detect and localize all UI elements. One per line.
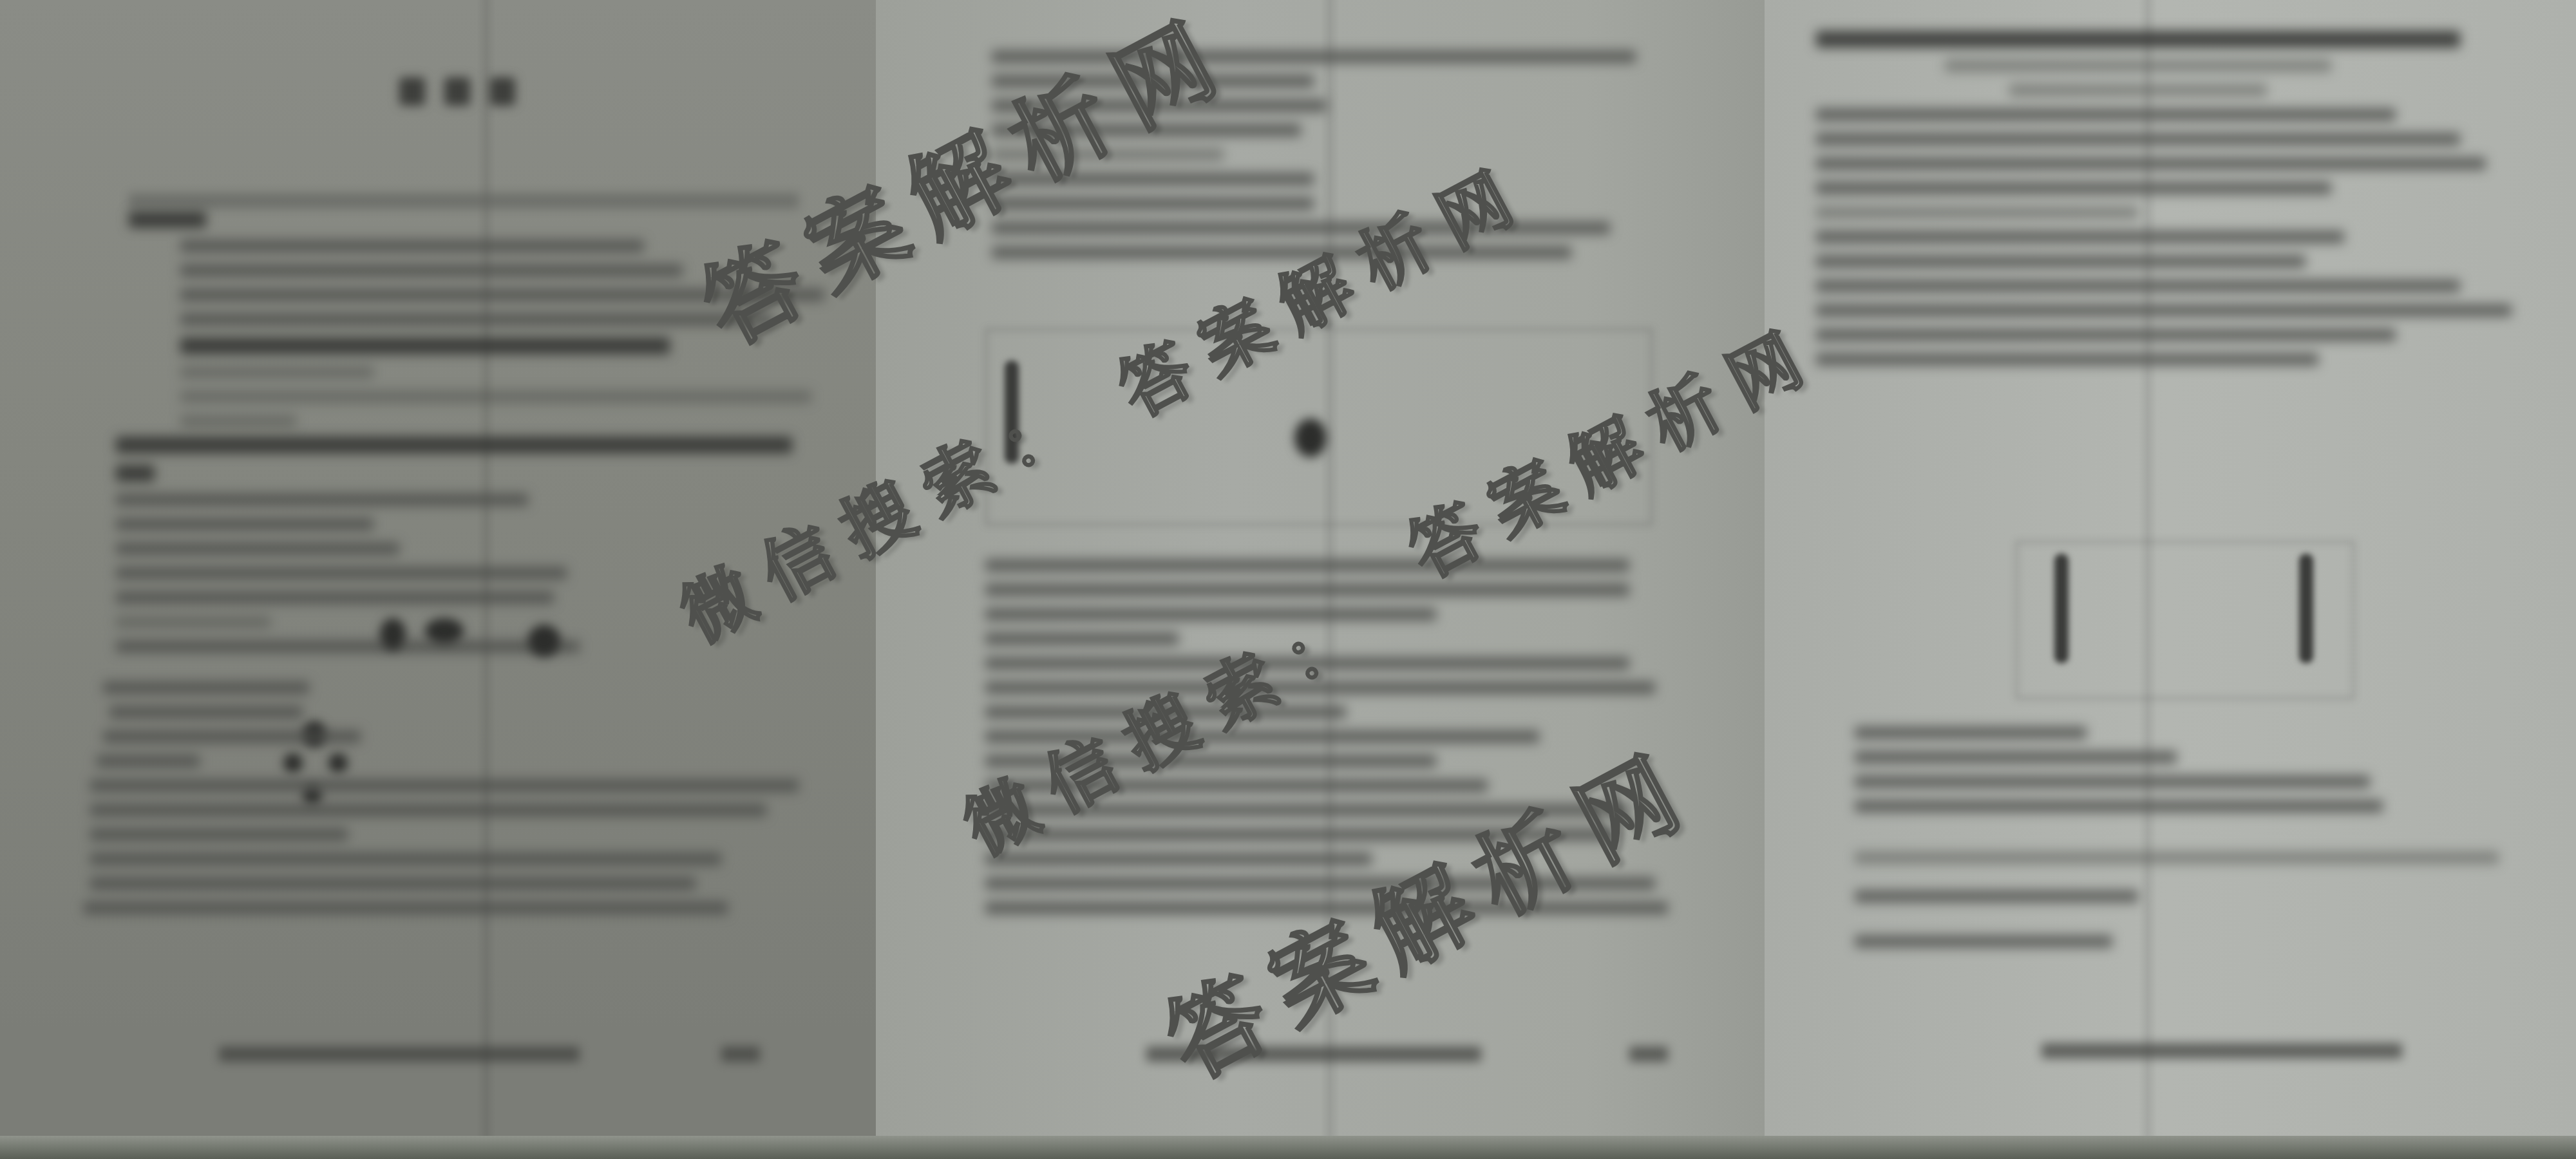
- molecule-diagram: [380, 618, 406, 650]
- table-edge: [0, 1136, 2576, 1159]
- options-block-left: [64, 670, 805, 926]
- electrode-left: [2054, 554, 2069, 663]
- electrode-right: [2299, 554, 2313, 663]
- molecule-diagram: [425, 618, 464, 644]
- page-footer-right: [2041, 1043, 2402, 1059]
- question-block-right-2: [1855, 715, 2550, 959]
- molecule-diagram: [528, 625, 560, 657]
- page-footer-left: [219, 1046, 580, 1062]
- question-block-right: [1816, 19, 2524, 377]
- apparatus-figure-dot: [1294, 419, 1327, 457]
- page-number-middle: [1629, 1046, 1668, 1062]
- page-number-left: [721, 1046, 760, 1062]
- exam-title-blurred: [399, 77, 541, 116]
